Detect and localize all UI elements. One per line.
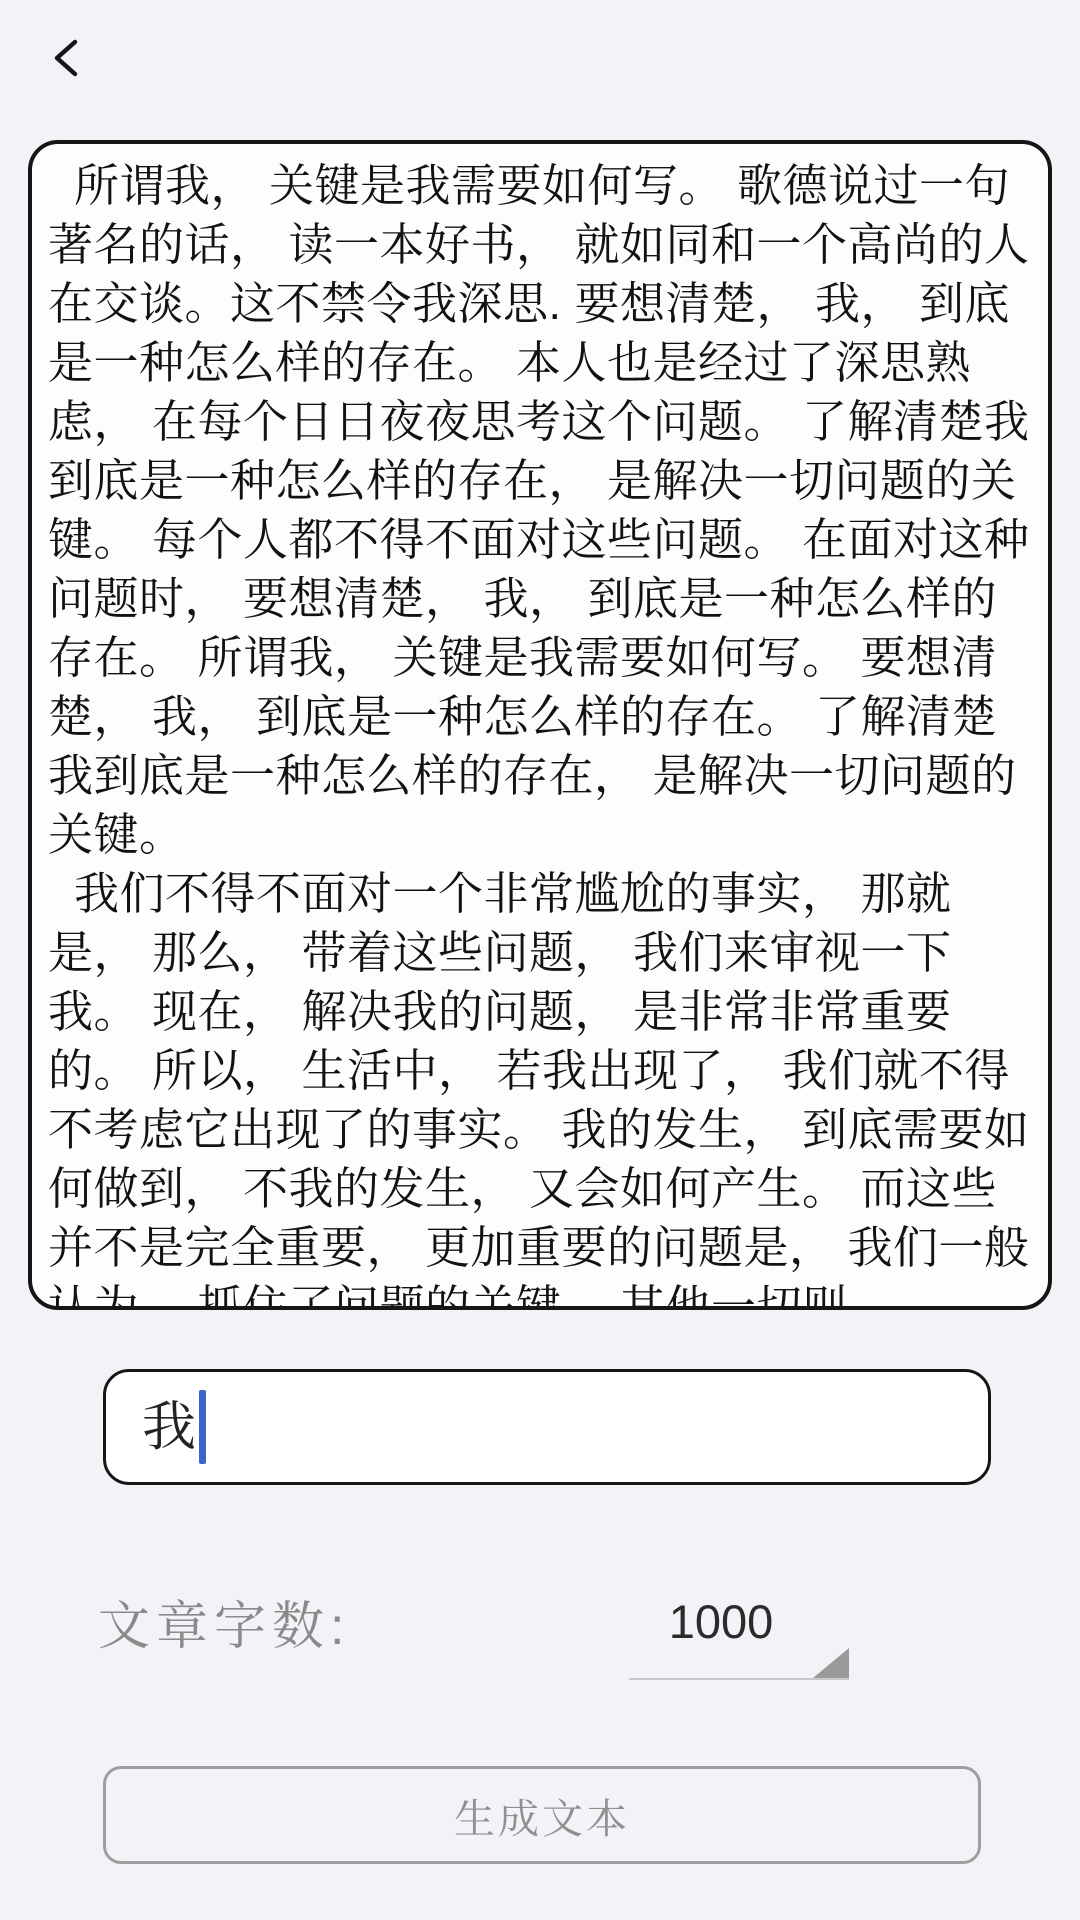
word-count-spinner[interactable]: 1000 bbox=[629, 1590, 849, 1680]
keyword-input[interactable]: 我 bbox=[103, 1369, 991, 1485]
app-screen: { "colors": { "page_background": "#f2f3f… bbox=[0, 0, 1080, 1920]
generate-button[interactable]: 生成文本 bbox=[103, 1766, 981, 1864]
word-count-value: 1000 bbox=[629, 1594, 813, 1649]
spinner-underline bbox=[629, 1678, 849, 1680]
article-paragraph: 我们不得不面对一个非常尴尬的事实， 那就是， 那么， 带着这些问题， 我们来审视… bbox=[48, 864, 1038, 1310]
word-count-label: 文章字数: bbox=[98, 1584, 350, 1659]
chevron-left-icon bbox=[51, 38, 81, 78]
back-button[interactable] bbox=[38, 30, 94, 86]
text-cursor bbox=[199, 1390, 206, 1464]
keyword-input-value: 我 bbox=[142, 1400, 196, 1454]
dropdown-triangle-icon bbox=[813, 1648, 849, 1678]
generate-button-label: 生成文本 bbox=[454, 1786, 630, 1845]
article-paragraph: 所谓我， 关键是我需要如何写。 歌德说过一句著名的话， 读一本好书， 就如同和一… bbox=[48, 156, 1038, 864]
generated-text-area[interactable]: 所谓我， 关键是我需要如何写。 歌德说过一句著名的话， 读一本好书， 就如同和一… bbox=[28, 140, 1052, 1310]
